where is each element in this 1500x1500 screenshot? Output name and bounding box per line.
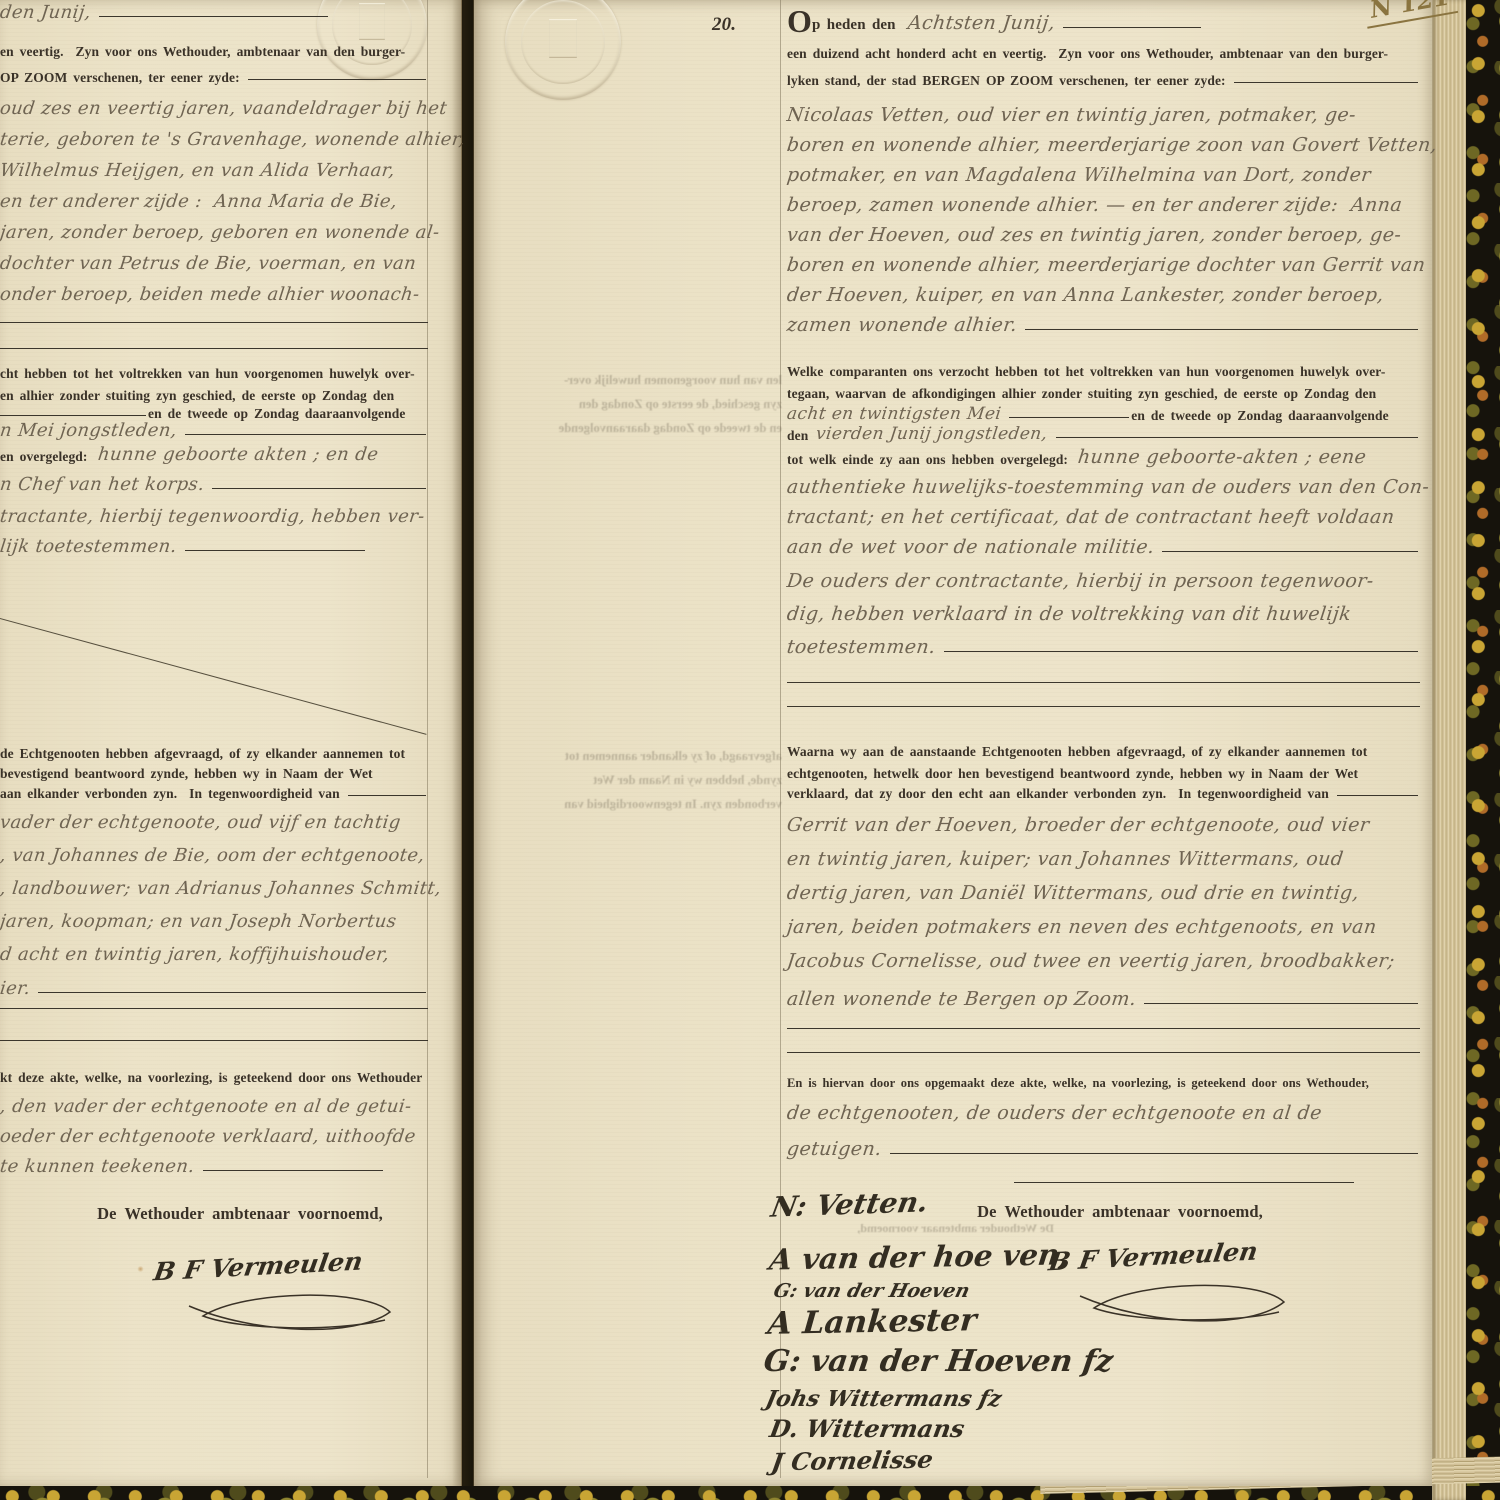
handwritten-entry: aan de wet voor de nationale militie.: [786, 536, 1156, 558]
handwritten-entry: toetestemmen.: [786, 636, 937, 658]
handwritten-date: vierden Junij jongstleden,: [815, 424, 1049, 444]
witness-signature: G: van der Hoeven: [771, 1280, 972, 1302]
printed-form-text: lyken stand, der stad BERGEN OP ZOOM ver…: [787, 73, 1226, 89]
document-line: en overgelegd: hunne geboorte akten ; en…: [0, 444, 428, 465]
seal-shield: [549, 19, 577, 58]
handwritten-entry: dertig jaren, van Daniël Wittermans, oud…: [786, 882, 1361, 904]
handwritten-entry: en ter anderer zijde : Anna Maria de Bie…: [0, 191, 398, 212]
document-line: tegaan, waarvan de afkondigingen alhier …: [787, 386, 1420, 402]
handwritten-entry: terie, geboren te 's Gravenhage, wonende…: [0, 129, 466, 150]
signature-flourish: [1074, 1272, 1294, 1334]
bleedthrough-text: len van hun voorgenomen huwelijk over- z…: [496, 368, 782, 440]
handwritten-entry: lijk toetestemmen.: [0, 536, 178, 557]
handwritten-entry: jaren, beiden potmakers en neven des ech…: [786, 916, 1378, 938]
handwritten-entry: d acht en twintig jaren, koffijhuishoude…: [0, 944, 391, 965]
printed-form-text: p heden den: [812, 17, 896, 34]
handwritten-entry: tractant; en het certificaat, dat de con…: [786, 506, 1396, 528]
fill-rule: [38, 992, 426, 993]
fill-rule: [185, 434, 426, 435]
document-line: Welke comparanten ons verzocht hebben to…: [787, 364, 1420, 380]
document-line: te kunnen teekenen.: [0, 1156, 428, 1177]
fill-rule: [203, 1170, 383, 1171]
handwritten-consent-block: De ouders der contractante, hierbij in p…: [787, 570, 1420, 636]
document-line: ier.: [0, 978, 428, 999]
printed-form-text: en overgelegd:: [0, 449, 88, 465]
register-book-scan: den Junij, en veertig. Zyn voor ons Weth…: [0, 0, 1500, 1500]
fill-rule: [99, 16, 328, 17]
handwritten-entry: jaren, zonder beroep, geboren en wonende…: [0, 222, 441, 243]
fill-rule: [1056, 437, 1418, 438]
handwritten-entry: authentieke huwelijks-toestemming van de…: [786, 476, 1431, 498]
handwritten-entry: oeder der echtgenoote verklaard, uithoof…: [0, 1126, 417, 1147]
printed-form-text: kt deze akte, welke, na voorlezing, is g…: [0, 1070, 422, 1086]
document-line: cht hebben tot het voltrekken van hun vo…: [0, 366, 428, 382]
handwritten-entry: getuigen.: [786, 1138, 883, 1160]
handwritten-entry: , van Johannes de Bie, oom der echtgenoo…: [0, 845, 426, 866]
printed-form-text: aan elkander verbonden zyn. In tegenwoor…: [0, 786, 340, 802]
printed-form-text: Welke comparanten ons verzocht hebben to…: [787, 364, 1386, 380]
fill-rule: [248, 79, 426, 80]
book-gutter: [452, 0, 482, 1486]
handwritten-entry: n Chef van het korps.: [0, 474, 206, 495]
handwritten-entry: allen wonende te Bergen op Zoom.: [786, 988, 1138, 1010]
document-line: getuigen.: [787, 1138, 1420, 1160]
handwritten-entry: ier.: [0, 978, 32, 999]
fill-rule: [212, 488, 426, 489]
printed-form-text: verklaard, dat zy door den echt aan elka…: [787, 786, 1329, 802]
fill-rule: [1009, 417, 1129, 418]
handwritten-entry: Wilhelmus Heijgen, en van Alida Verhaar,: [0, 160, 396, 181]
section-rule: [787, 1052, 1420, 1053]
fill-rule: [1234, 82, 1418, 83]
fill-rule: [1025, 329, 1418, 330]
fill-rule: [1144, 1003, 1418, 1004]
fill-rule: [348, 795, 426, 796]
handwritten-entry: boren en wonende alhier, meerderjarige d…: [786, 254, 1427, 276]
fill-rule: [944, 651, 1418, 652]
witness-signature: J Cornelisse: [769, 1445, 935, 1477]
document-line: lijk toetestemmen.: [0, 536, 428, 557]
section-rule: [0, 1008, 428, 1009]
document-line: een duizend acht honderd acht en veertig…: [787, 46, 1420, 62]
handwritten-entry: , den vader der echtgenoote en al de get…: [0, 1096, 413, 1117]
paper-stain: [137, 1266, 144, 1272]
act-number: 20.: [712, 14, 736, 36]
handwritten-entry: zamen wonende alhier.: [786, 314, 1019, 336]
document-line: En is hiervan door ons opgemaakt deze ak…: [787, 1076, 1420, 1091]
gutter-crease: [473, 0, 474, 1486]
gutter-crease: [461, 0, 462, 1486]
groom-signature: N: Vetten.: [769, 1185, 931, 1223]
printed-form-text: een duizend acht honderd acht en veertig…: [787, 46, 1388, 62]
handwritten-entry: potmaker, en van Magdalena Wilhelmina va…: [786, 164, 1373, 186]
fill-rule: [1337, 795, 1418, 796]
drop-cap-O: O: [787, 8, 812, 34]
right-page: 20. len van hun voorgenomen huwelijk ove…: [474, 0, 1432, 1486]
document-line: O p heden den Achtsten Junij,: [787, 8, 1203, 34]
handwritten-entry: onder beroep, beiden mede alhier woonach…: [0, 284, 421, 305]
section-rule: [787, 706, 1420, 707]
document-line: en alhier zonder stuiting zyn geschied, …: [0, 388, 428, 404]
handwritten-entry: oud zes en veertig jaren, vaandeldrager …: [0, 98, 448, 119]
witness-signature: A van der hoe ven,: [768, 1237, 1072, 1276]
section-rule: [787, 682, 1420, 683]
section-rule: [0, 322, 428, 323]
document-line: OP ZOOM verschenen, ter eener zyde:: [0, 70, 428, 86]
printed-form-text: en de tweede op Zondag daaraanvolgende: [1131, 408, 1388, 424]
document-line: acht en twintigsten Mei en de tweede op …: [787, 404, 1420, 424]
document-line: n Chef van het korps.: [0, 474, 428, 495]
handwritten-date: acht en twintigsten Mei: [786, 404, 1003, 424]
handwritten-entry: hunne geboorte-akten ; eene: [1077, 446, 1368, 468]
section-rule: [787, 1028, 1420, 1029]
printed-form-text: bevestigend beantwoord zynde, hebben wy …: [0, 766, 373, 782]
handwritten-date: n Mei jongstleden,: [0, 420, 178, 441]
witness-signature: A Lankester: [766, 1302, 978, 1342]
document-line: , den vader der echtgenoote en al de get…: [0, 1096, 428, 1117]
handwritten-entry: dig, hebben verklaard in de voltrekking …: [786, 603, 1353, 625]
printed-form-text: En is hiervan door ons opgemaakt deze ak…: [787, 1076, 1369, 1091]
handwritten-entry-block: Nicolaas Vetten, oud vier en twintig jar…: [787, 104, 1420, 314]
printed-form-text: tegaan, waarvan de afkondigingen alhier …: [787, 386, 1376, 402]
bleedthrough-line: zynde, hebben wy in Naam der Wet: [496, 768, 782, 792]
document-line: Waarna wy aan de aanstaande Echtgenooten…: [787, 744, 1420, 760]
handwritten-witness-block: vader der echtgenoote, oud vijf en tacht…: [0, 812, 428, 977]
handwritten-date-fragment: den Junij,: [0, 2, 92, 23]
document-line: zamen wonende alhier.: [787, 314, 1420, 336]
document-line: verklaard, dat zy door den echt aan elka…: [787, 786, 1420, 802]
document-line: n Mei jongstleden,: [0, 420, 428, 441]
handwritten-entry: dochter van Petrus de Bie, voerman, en v…: [0, 253, 417, 274]
handwritten-date: Achtsten Junij,: [906, 12, 1056, 34]
bleedthrough-line: verbonden zyn. In tegenwoordigheid van: [496, 792, 782, 816]
bleedthrough-text: afgevraagd, of zy elkander aannemen tot …: [496, 744, 782, 816]
document-line: aan elkander verbonden zyn. In tegenwoor…: [0, 786, 428, 802]
printed-form-text: tot welk einde zy aan ons hebben overgel…: [787, 452, 1068, 468]
handwritten-entry: De ouders der contractante, hierbij in p…: [786, 570, 1375, 592]
document-line: oeder der echtgenoote verklaard, uithoof…: [0, 1126, 428, 1147]
void-strikethrough-line: [0, 618, 427, 735]
document-line: echtgenooten, hetwelk door hen bevestige…: [787, 766, 1420, 782]
witness-signature: G: van der Hoeven fz: [762, 1344, 1116, 1379]
handwritten-docs-block: authentieke huwelijks-toestemming van de…: [787, 476, 1420, 536]
bleedthrough-line: afgevraagd, of zy elkander aannemen tot: [496, 744, 782, 768]
fill-rule: [185, 550, 365, 551]
embossed-seal-icon: [505, 0, 621, 100]
document-line: tractante, hierbij tegenwoordig, hebben …: [0, 506, 428, 527]
fill-rule: [0, 415, 146, 416]
fill-rule: [890, 1153, 1418, 1154]
document-line: en veertig. Zyn voor ons Wethouder, ambt…: [0, 44, 428, 60]
handwritten-entry: en twintig jaren, kuiper; van Johannes W…: [786, 848, 1345, 870]
officer-signature: B F Vermeulen: [1047, 1237, 1260, 1277]
signature-flourish: [185, 1282, 400, 1342]
officer-title: De Wethouder ambtenaar voornoemd,: [40, 1204, 440, 1224]
document-line: den vierden Junij jongstleden,: [787, 424, 1420, 444]
document-line: toetestemmen.: [787, 636, 1420, 658]
document-line: de Echtgenooten hebben afgevraagd, of zy…: [0, 746, 428, 762]
handwritten-entry: van der Hoeven, oud zes en twintig jaren…: [786, 224, 1403, 246]
printed-form-text: echtgenooten, hetwelk door hen bevestige…: [787, 766, 1358, 782]
seal-shield: [359, 3, 385, 40]
document-line: de echtgenooten, de ouders der echtgenoo…: [787, 1102, 1420, 1124]
document-line: aan de wet voor de nationale militie.: [787, 536, 1420, 558]
handwritten-witness-block: Gerrit van der Hoeven, broeder der echtg…: [787, 814, 1420, 984]
printed-form-text: de Echtgenooten hebben afgevraagd, of zy…: [0, 746, 405, 762]
document-line: kt deze akte, welke, na voorlezing, is g…: [0, 1070, 428, 1086]
page-edges-right: [1432, 0, 1466, 1500]
document-line: allen wonende te Bergen op Zoom.: [787, 988, 1420, 1010]
document-line: lyken stand, der stad BERGEN OP ZOOM ver…: [787, 73, 1420, 89]
fill-rule: [1063, 27, 1201, 28]
bleedthrough-line: len van hun voorgenomen huwelijk over-: [496, 368, 782, 392]
document-line: den Junij,: [0, 2, 330, 23]
handwritten-entry: , landbouwer; van Adrianus Johannes Schm…: [0, 878, 443, 899]
marbled-cover-right: [1466, 0, 1500, 1500]
document-line: bevestigend beantwoord zynde, hebben wy …: [0, 766, 428, 782]
printed-form-text: den: [787, 428, 808, 444]
handwritten-entry: der Hoeven, kuiper, en van Anna Lankeste…: [786, 284, 1386, 306]
bleedthrough-line: zyn geschied, de eerste op Zondag den: [496, 392, 782, 416]
officer-signature: B F Vermeulen: [152, 1247, 365, 1287]
document-line: tot welk einde zy aan ons hebben overgel…: [787, 446, 1420, 468]
handwritten-entry: boren en wonende alhier, meerderjarige z…: [786, 134, 1439, 156]
witness-signature: Johs Wittermans fz: [763, 1386, 1004, 1412]
section-rule: [0, 348, 428, 349]
handwritten-entry: Jacobus Cornelisse, oud twee en veertig …: [786, 950, 1396, 972]
printed-form-text: Waarna wy aan de aanstaande Echtgenooten…: [787, 744, 1367, 760]
printed-form-text: cht hebben tot het voltrekken van hun vo…: [0, 366, 415, 382]
fill-rule: [1162, 551, 1418, 552]
handwritten-entry: vader der echtgenoote, oud vijf en tacht…: [0, 812, 402, 833]
handwritten-entry: Gerrit van der Hoeven, broeder der echtg…: [786, 814, 1371, 836]
handwritten-entry: hunne geboorte akten ; en de: [96, 444, 379, 465]
handwritten-entry: Nicolaas Vetten, oud vier en twintig jar…: [786, 104, 1358, 126]
handwritten-entry: te kunnen teekenen.: [0, 1156, 196, 1177]
left-page: den Junij, en veertig. Zyn voor ons Weth…: [0, 0, 462, 1486]
handwritten-entry-block: oud zes en veertig jaren, vaandeldrager …: [0, 98, 428, 315]
printed-form-text: en veertig. Zyn voor ons Wethouder, ambt…: [0, 44, 405, 60]
section-rule: [1014, 1182, 1354, 1183]
handwritten-entry: beroep, zamen wonende alhier. — en ter a…: [786, 194, 1404, 216]
handwritten-entry: de echtgenooten, de ouders der echtgenoo…: [786, 1102, 1324, 1124]
printed-form-text: en alhier zonder stuiting zyn geschied, …: [0, 388, 394, 404]
witness-signature: D. Wittermans: [767, 1414, 966, 1443]
handwritten-entry: jaren, koopman; en van Joseph Norbertus: [0, 911, 398, 932]
bleedthrough-line: en de tweede op Zondag daaraanvolgende: [496, 416, 782, 440]
embossed-seal-icon: [317, 0, 427, 80]
printed-form-text: OP ZOOM verschenen, ter eener zyde:: [0, 70, 240, 86]
handwritten-entry: tractante, hierbij tegenwoordig, hebben …: [0, 506, 426, 527]
officer-title: De Wethouder ambtenaar voornoemd,: [920, 1202, 1320, 1222]
section-rule: [0, 1040, 428, 1041]
